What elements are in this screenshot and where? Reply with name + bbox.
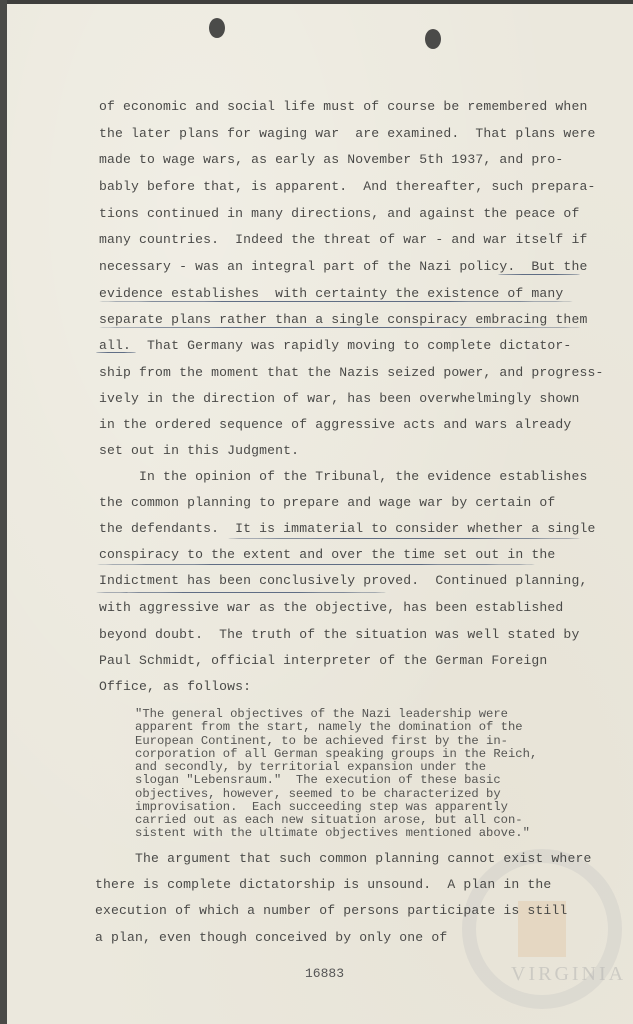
ink-underline — [96, 352, 136, 353]
university-of-virginia-seal-watermark: VIRGINIA — [462, 849, 622, 1009]
page-number: 16883 — [305, 966, 344, 981]
body-line: conspiracy to the extent and over the ti… — [99, 547, 555, 562]
body-line: set out in this Judgment. — [99, 443, 299, 458]
body-line: the common planning to prepare and wage … — [99, 495, 555, 510]
body-line: a plan, even though conceived by only on… — [95, 930, 447, 945]
body-line: there is complete dictatorship is unsoun… — [95, 877, 551, 892]
body-line: execution of which a number of persons p… — [95, 903, 567, 918]
body-line: made to wage wars, as early as November … — [99, 152, 563, 167]
body-line: The argument that such common planning c… — [95, 851, 591, 866]
scan-border-left — [0, 0, 7, 1024]
body-line: many countries. Indeed the threat of war… — [99, 232, 587, 247]
body-line: ship from the moment that the Nazis seiz… — [99, 365, 603, 380]
body-line: evidence establishes with certainty the … — [99, 286, 563, 301]
body-line: the defendants. It is immaterial to cons… — [99, 521, 595, 536]
quote-line: sistent with the ultimate objectives men… — [135, 827, 530, 840]
body-line: tions continued in many directions, and … — [99, 206, 579, 221]
body-line: the later plans for waging war are exami… — [99, 126, 595, 141]
body-line: Paul Schmidt, official interpreter of th… — [99, 653, 547, 668]
body-line: Indictment has been conclusively proved.… — [99, 573, 587, 588]
body-line: all. That Germany was rapidly moving to … — [99, 338, 571, 353]
body-line: in the ordered sequence of aggressive ac… — [99, 417, 571, 432]
quote-line: slogan "Lebensraum." The execution of th… — [135, 774, 501, 787]
body-line: of economic and social life must of cour… — [99, 99, 587, 114]
body-line: separate plans rather than a single cons… — [99, 312, 587, 327]
body-line: bably before that, is apparent. And ther… — [99, 179, 595, 194]
punch-hole-left — [209, 18, 225, 38]
body-line: In the opinion of the Tribunal, the evid… — [99, 469, 587, 484]
ink-underline — [96, 592, 386, 593]
quote-line: apparent from the start, namely the domi… — [135, 721, 523, 734]
seal-text: VIRGINIA — [511, 963, 626, 986]
ink-underline — [228, 538, 580, 539]
ink-underline — [96, 564, 536, 565]
ink-underline — [98, 327, 582, 328]
body-line: ively in the direction of war, has been … — [99, 391, 579, 406]
body-line: with aggressive war as the objective, ha… — [99, 600, 563, 615]
body-line: beyond doubt. The truth of the situation… — [99, 627, 579, 642]
punch-hole-right — [425, 29, 441, 49]
body-line: Office, as follows: — [99, 679, 251, 694]
ink-underline — [498, 274, 580, 275]
body-line: necessary - was an integral part of the … — [99, 259, 587, 274]
